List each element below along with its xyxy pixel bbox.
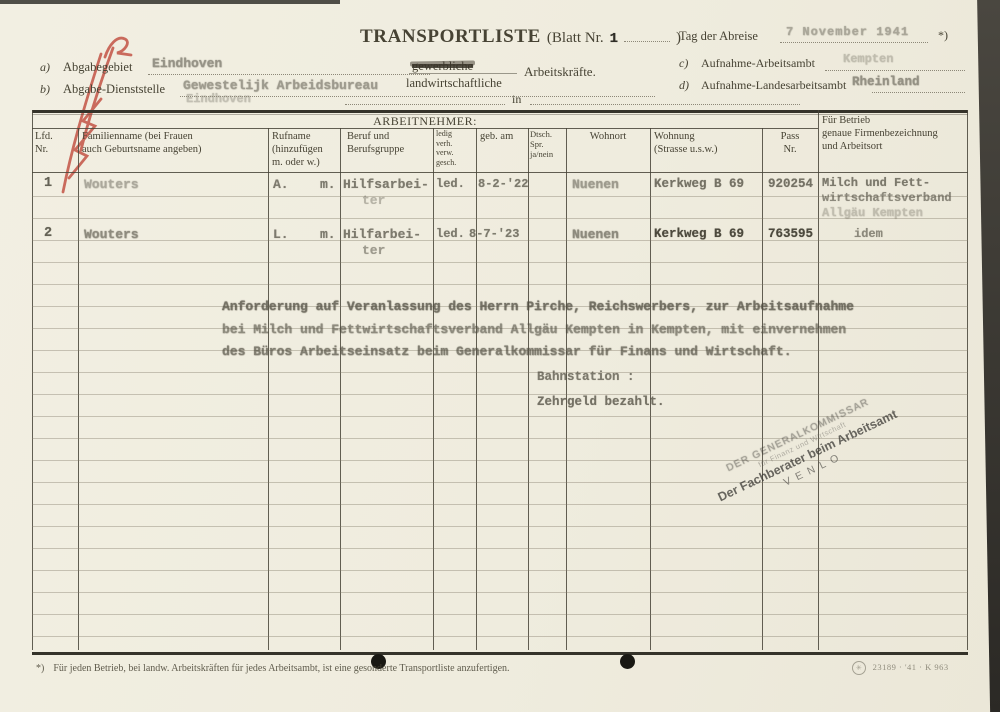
field-b-dotted-line: [180, 95, 655, 97]
wohnung: Kerkweg B 69: [654, 177, 744, 191]
field-a-label: Abgabegebiet: [63, 60, 132, 75]
title-block: TRANSPORTLISTE (Blatt Nr. 1 ): [360, 26, 681, 48]
printer-mark-icon: ✳: [852, 661, 866, 675]
wohnort: Nuenen: [572, 177, 619, 192]
column-header-beruf: Beruf und Berufsgruppe: [347, 130, 429, 156]
pass-number: 763595: [768, 227, 813, 241]
column-header-rufname: Rufname (hinzufügen m. oder w.): [272, 130, 336, 169]
footer-note-text: Für jeden Betrieb, bei landw. Arbeitskrä…: [53, 663, 509, 674]
field-d-index: d): [679, 78, 689, 93]
column-header-wohnort: Wohnort: [566, 130, 650, 143]
betrieb-line3: Allgäu Kempten: [822, 206, 923, 220]
field-b-index: b): [40, 82, 50, 97]
birth-date: 8-2-'22: [478, 177, 528, 191]
departure-label: Tag der Abreise: [679, 29, 758, 44]
field-b-label: Abgabe-Dienststelle: [63, 82, 165, 97]
field-a-dotted-line: [148, 73, 430, 75]
family-name: Wouters: [84, 227, 139, 242]
column-header-betrieb: Für Betrieb genaue Firmenbezeichnung und…: [822, 114, 964, 153]
birth-date: 8-7-'23: [469, 227, 519, 241]
field-c-dotted-line: [825, 69, 965, 71]
beruf-line2: ter: [362, 243, 385, 258]
worker-type-noun: Arbeitskräfte.: [524, 64, 596, 80]
beruf-line1: Hilfarbei-: [343, 227, 421, 242]
in-dotted-line-left: [345, 103, 505, 105]
column-header-familienstand: ledig verh. verw. gesch.: [436, 129, 474, 167]
pass-number: 920254: [768, 177, 813, 191]
footer-note-marker: *): [36, 663, 44, 674]
punch-hole: [620, 654, 635, 669]
footer-rule: [32, 652, 968, 655]
ruled-entry-lines: [32, 175, 968, 652]
field-d-dotted-line: [872, 91, 965, 93]
table-top-rule: [32, 110, 968, 113]
departure-dotted-line: [780, 41, 928, 43]
field-c-index: c): [679, 56, 688, 71]
printer-imprint: ✳ 23189 · '41 · K 963: [852, 661, 949, 675]
marital-status: led.: [436, 177, 465, 191]
row-number: 1: [44, 176, 52, 191]
beruf-line1: Hilfsarbei-: [343, 177, 429, 192]
workers-table: ARBEITNEHMER: Lfd. Nr. Familienname (bei…: [32, 110, 968, 654]
sex-marker: m.: [320, 227, 336, 242]
column-header-familienname: Familienname (bei Frauen auch Geburtsnam…: [82, 130, 264, 156]
print-code: 23189 · '41 · K 963: [873, 662, 949, 672]
wohnung: Kerkweg B 69: [654, 227, 744, 241]
bahnstation-note: Bahnstation :: [537, 370, 635, 384]
field-b-value: Gewestelijk Arbeidsbureau: [183, 78, 378, 93]
betrieb-line1: idem: [854, 227, 883, 241]
column-header-pass-nr: Pass Nr.: [762, 130, 818, 156]
in-label: in: [512, 92, 521, 107]
departure-date-value: 7 November 1941: [786, 25, 909, 39]
field-d-value: Rheinland: [852, 75, 920, 89]
blatt-dotted-line: [624, 29, 670, 42]
blatt-number: 1: [610, 31, 618, 47]
banner-bottom-line: [32, 128, 818, 129]
marital-status: led.: [436, 227, 465, 241]
request-line-2: bei Milch und Fettwirtschaftsverband All…: [222, 319, 854, 342]
page-title: TRANSPORTLISTE: [360, 26, 541, 48]
family-name: Wouters: [84, 177, 139, 192]
column-header-lfd-nr: Lfd. Nr.: [35, 130, 77, 156]
rufname: L.: [273, 227, 289, 242]
scanned-transport-list-document: TRANSPORTLISTE (Blatt Nr. 1 ) Tag der Ab…: [0, 0, 1000, 712]
request-line-3: des Büros Arbeitseinsatz beim Generalkom…: [222, 341, 854, 364]
field-a-value: Eindhoven: [152, 56, 222, 71]
column-header-geb-am: geb. am: [480, 130, 526, 143]
rufname: A.: [273, 177, 289, 192]
worker-type-divider: [409, 73, 517, 74]
request-paragraph: Anforderung auf Veranlassung des Herrn P…: [222, 296, 854, 364]
column-header-deutsche-sprache: Dtsch. Spr. ja/nein: [530, 129, 564, 160]
row-number: 2: [44, 226, 52, 241]
field-d-label: Aufnahme-Landesarbeitsambt: [701, 78, 846, 93]
beruf-line2: ter: [362, 193, 385, 208]
in-dotted-line-right: [530, 103, 800, 105]
betrieb-line1: Milch und Fett-: [822, 176, 930, 190]
header-bottom-line: [32, 172, 968, 173]
request-line-1: Anforderung auf Veranlassung des Herrn P…: [222, 296, 854, 319]
footnote-reference: *): [938, 28, 948, 43]
field-a-index: a): [40, 60, 50, 75]
wohnort: Nuenen: [572, 227, 619, 242]
betrieb-line2: wirtschaftsverband: [822, 191, 952, 205]
blatt-label: (Blatt Nr.: [547, 30, 604, 47]
worker-type-struck: gewerbliche: [412, 59, 473, 73]
zehrgeld-note: Zehrgeld bezahlt.: [537, 395, 665, 409]
field-c-value: Kempten: [843, 52, 893, 66]
footer-note: *)Für jeden Betrieb, bei landw. Arbeitsk…: [36, 663, 510, 674]
sex-marker: m.: [320, 177, 336, 192]
column-header-wohnung: Wohnung (Strasse u.s.w.): [654, 130, 760, 156]
worker-type-alt: landwirtschaftliche: [406, 76, 502, 91]
field-c-label: Aufnahme-Arbeitsambt: [701, 56, 815, 71]
